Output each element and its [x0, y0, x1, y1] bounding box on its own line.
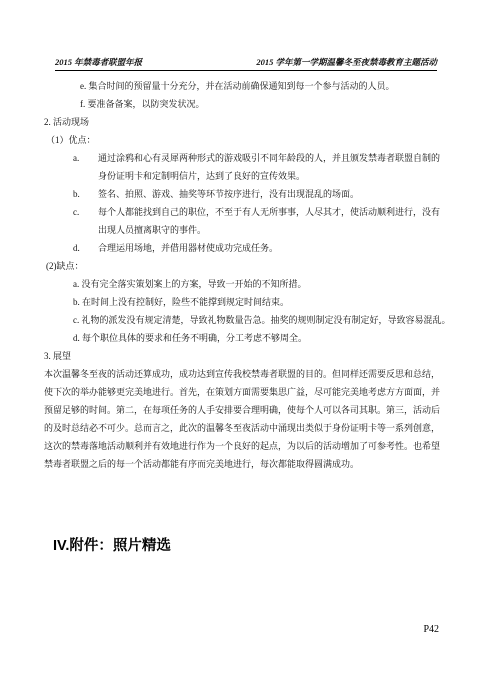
advantage-item-d: d. 合理运用场地，并借用器材使成功完成任务。	[73, 239, 440, 257]
disadvantages-heading: (2)缺点：	[46, 257, 440, 275]
outlook-paragraph: 本次温馨冬至夜的活动还算成功，成功达到宣传我校禁毒者联盟的目的。但同样还需要反思…	[44, 365, 440, 473]
advantage-item-c: c. 每个人都能找到自己的职位，不至于有人无所事事，人尽其才，使活动顺利进行，没…	[73, 203, 440, 239]
item-marker: c.	[73, 203, 98, 239]
item-text: 每个人都能找到自己的职位，不至于有人无所事事，人尽其才，使活动顺利进行，没有出现…	[98, 203, 440, 239]
advantage-item-a: a. 通过涂鸦和心有灵犀两种形式的游戏吸引不同年龄段的人，并且颁发禁毒者联盟自制…	[73, 149, 440, 185]
running-header: 2015 年禁毒者联盟年报 2015 学年第一学期温馨冬至夜禁毒教育主题活动	[55, 56, 437, 71]
advantages-heading: （1）优点：	[46, 131, 440, 149]
disadvantage-item-c: c. 礼物的派发没有规定清楚，导致礼物数量告急。抽奖的规则制定没有制定好，导致容…	[73, 311, 440, 329]
list-item-f: f. 要准备备案，以防突发状况。	[80, 95, 440, 113]
item-text: 通过涂鸦和心有灵犀两种形式的游戏吸引不同年龄段的人，并且颁发禁毒者联盟自制的身份…	[98, 149, 440, 185]
disadvantage-item-b: b. 在时间上没有控制好，险些不能撑到规定时间结束。	[73, 293, 440, 311]
item-marker: d.	[73, 239, 98, 257]
disadvantage-item-d: d. 每个职位具体的要求和任务不明确，分工考虑不够周全。	[73, 329, 440, 347]
header-right-title: 2015 学年第一学期温馨冬至夜禁毒教育主题活动	[256, 56, 437, 68]
page-number: P42	[423, 624, 439, 635]
attachment-heading: IV.附件：照片精选	[53, 534, 171, 555]
section3-title: 3. 展望	[44, 347, 440, 365]
header-left-title: 2015 年禁毒者联盟年报	[55, 56, 142, 68]
advantage-item-b: b. 签名、拍照、游戏、抽奖等环节按序进行，没有出现混乱的场面。	[73, 185, 440, 203]
item-text: 合理运用场地，并借用器材使成功完成任务。	[98, 239, 440, 257]
document-page: 2015 年禁毒者联盟年报 2015 学年第一学期温馨冬至夜禁毒教育主题活动 e…	[0, 0, 480, 678]
list-item-e: e. 集合时间的预留量十分充分，并在活动前确保通知到每一个参与活动的人员。	[80, 77, 440, 95]
document-body: e. 集合时间的预留量十分充分，并在活动前确保通知到每一个参与活动的人员。 f.…	[44, 77, 440, 473]
item-marker: b.	[73, 185, 98, 203]
item-marker: a.	[73, 149, 98, 185]
item-text: 签名、拍照、游戏、抽奖等环节按序进行，没有出现混乱的场面。	[98, 185, 440, 203]
disadvantage-item-a: a. 没有完全落实策划案上的方案，导致一开始的不知所措。	[73, 275, 440, 293]
section2-title: 2. 活动现场	[44, 113, 440, 131]
